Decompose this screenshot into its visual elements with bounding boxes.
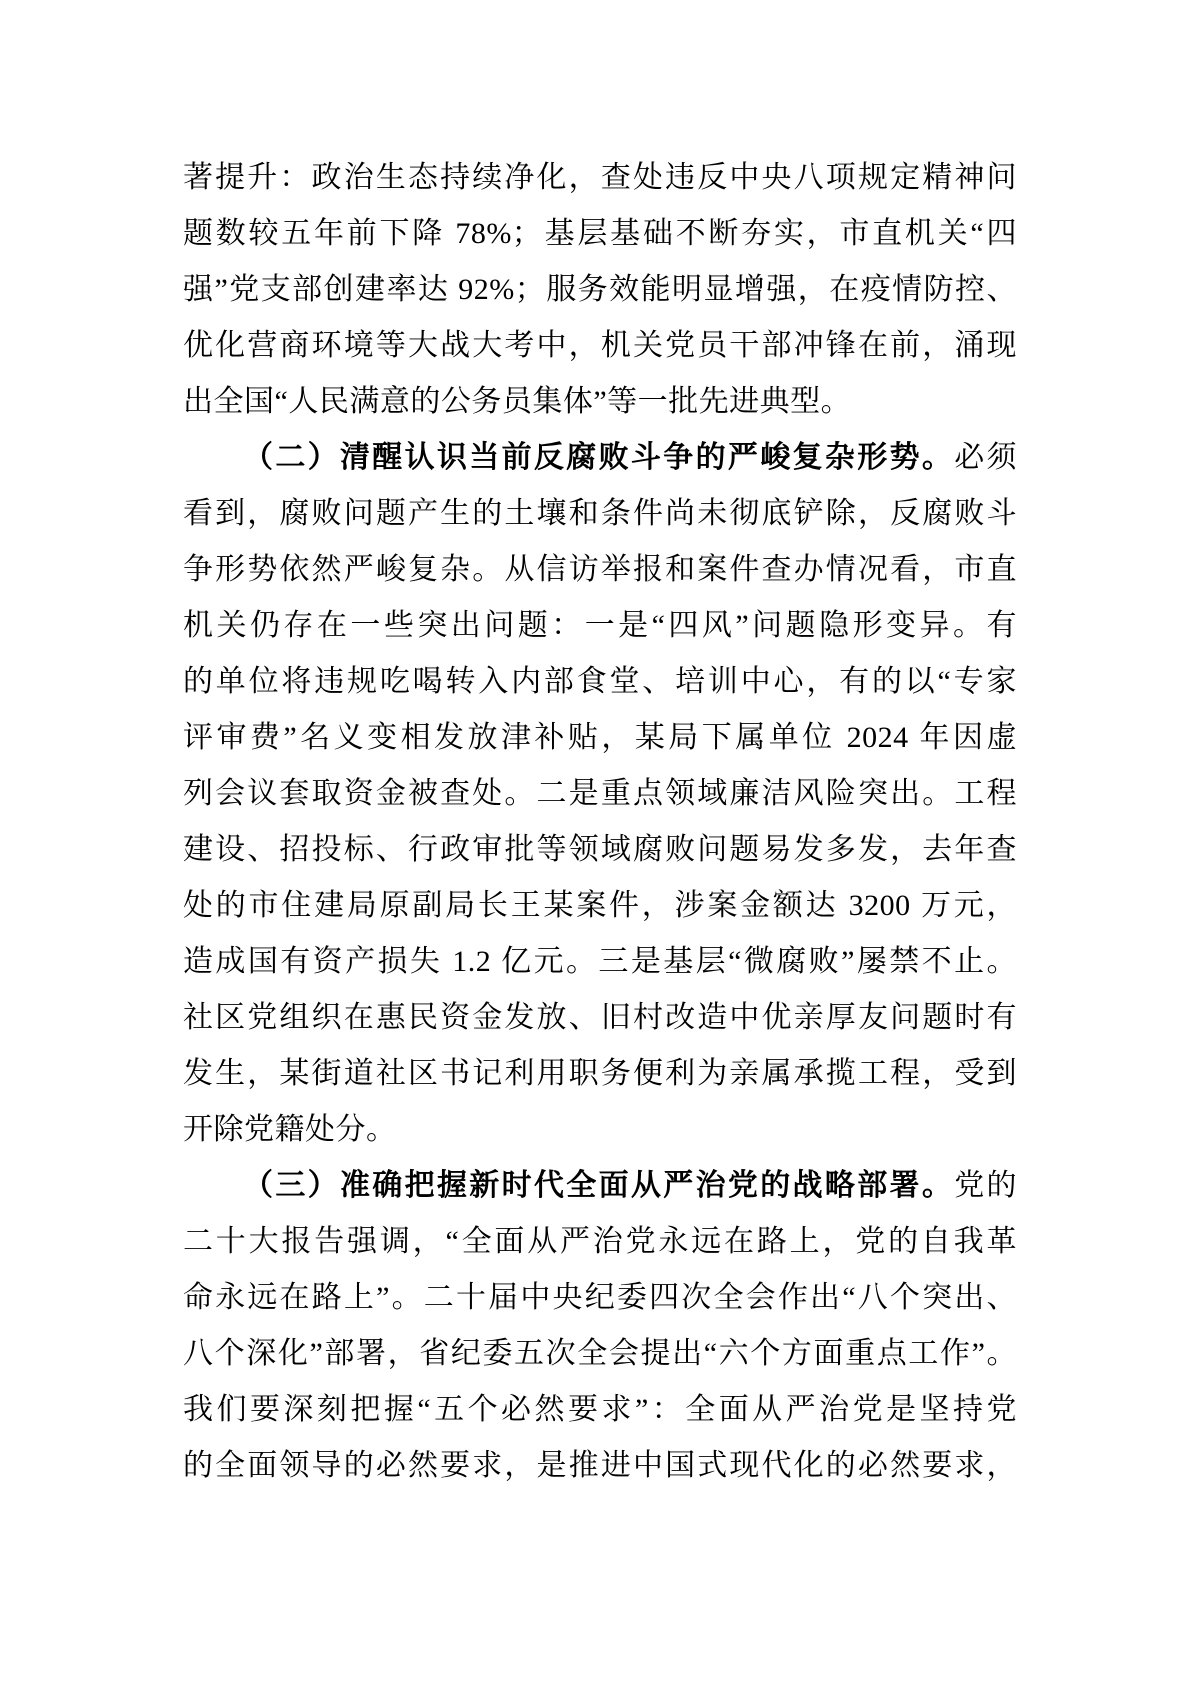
body-text: 开除党籍处分。 (183, 1113, 397, 1146)
body-text: 社区党组织在惠民资金发放、旧村改造中优亲厚友问题时有 (183, 1001, 1017, 1034)
body-text: 建设、招投标、行政审批等领域腐败问题易发多发，去年查 (183, 833, 1017, 866)
body-text: 强”党支部创建率达 92%；服务效能明显增强，在疫情防控、 (183, 273, 1017, 306)
text-line: 争形势依然严峻复杂。从信访举报和案件查办情况看，市直 (183, 542, 1017, 598)
text-line: 题数较五年前下降 78%；基层基础不断夯实，市直机关“四 (183, 206, 1017, 262)
body-text: 争形势依然严峻复杂。从信访举报和案件查办情况看，市直 (183, 553, 1017, 586)
text-line: 强”党支部创建率达 92%；服务效能明显增强，在疫情防控、 (183, 262, 1017, 318)
body-text: 发生，某街道社区书记利用职务便利为亲属承揽工程，受到 (183, 1057, 1017, 1090)
body-text: 二十大报告强调，“全面从严治党永远在路上，党的自我革 (183, 1225, 1017, 1258)
text-line: （二）清醒认识当前反腐败斗争的严峻复杂形势。必须 (183, 430, 1017, 486)
body-text: 出全国“人民满意的公务员集体”等一批先进典型。 (183, 385, 851, 418)
text-line: 列会议套取资金被查处。二是重点领域廉洁风险突出。工程 (183, 766, 1017, 822)
body-text: 造成国有资产损失 1.2 亿元。三是基层“微腐败”屡禁不止。 (183, 945, 1017, 978)
text-line: 我们要深刻把握“五个必然要求”：全面从严治党是坚持党 (183, 1382, 1017, 1438)
body-text: 的单位将违规吃喝转入内部食堂、培训中心，有的以“专家 (183, 665, 1017, 698)
text-line: 看到，腐败问题产生的土壤和条件尚未彻底铲除，反腐败斗 (183, 486, 1017, 542)
body-text: 著提升：政治生态持续净化，查处违反中央八项规定精神问 (183, 161, 1017, 194)
document-body: 著提升：政治生态持续净化，查处违反中央八项规定精神问题数较五年前下降 78%；基… (183, 150, 1017, 1494)
text-line: 命永远在路上”。二十届中央纪委四次全会作出“八个突出、 (183, 1270, 1017, 1326)
paragraph-lead-text: （三）准确把握新时代全面从严治党的战略部署。 (243, 1169, 954, 1202)
text-line: 开除党籍处分。 (183, 1102, 1017, 1158)
body-text: 的全面领导的必然要求，是推进中国式现代化的必然要求， (183, 1449, 1017, 1482)
text-line: 著提升：政治生态持续净化，查处违反中央八项规定精神问 (183, 150, 1017, 206)
body-text: 八个深化”部署，省纪委五次全会提出“六个方面重点工作”。 (183, 1337, 1017, 1370)
body-text: 列会议套取资金被查处。二是重点领域廉洁风险突出。工程 (183, 777, 1017, 810)
paragraph-lead-text: （二）清醒认识当前反腐败斗争的严峻复杂形势。 (243, 441, 954, 474)
text-line: 造成国有资产损失 1.2 亿元。三是基层“微腐败”屡禁不止。 (183, 934, 1017, 990)
text-line: 机关仍存在一些突出问题：一是“四风”问题隐形变异。有 (183, 598, 1017, 654)
text-line: 发生，某街道社区书记利用职务便利为亲属承揽工程，受到 (183, 1046, 1017, 1102)
body-text: 评审费”名义变相发放津补贴，某局下属单位 2024 年因虚 (183, 721, 1017, 754)
text-line: 评审费”名义变相发放津补贴，某局下属单位 2024 年因虚 (183, 710, 1017, 766)
body-text: 看到，腐败问题产生的土壤和条件尚未彻底铲除，反腐败斗 (183, 497, 1017, 530)
text-line: 八个深化”部署，省纪委五次全会提出“六个方面重点工作”。 (183, 1326, 1017, 1382)
body-text: 党的 (954, 1169, 1017, 1202)
text-line: 出全国“人民满意的公务员集体”等一批先进典型。 (183, 374, 1017, 430)
text-line: 的单位将违规吃喝转入内部食堂、培训中心，有的以“专家 (183, 654, 1017, 710)
body-text: 我们要深刻把握“五个必然要求”：全面从严治党是坚持党 (183, 1393, 1017, 1426)
text-line: 的全面领导的必然要求，是推进中国式现代化的必然要求， (183, 1438, 1017, 1494)
text-line: （三）准确把握新时代全面从严治党的战略部署。党的 (183, 1158, 1017, 1214)
body-text: 必须 (954, 441, 1017, 474)
text-line: 二十大报告强调，“全面从严治党永远在路上，党的自我革 (183, 1214, 1017, 1270)
text-line: 建设、招投标、行政审批等领域腐败问题易发多发，去年查 (183, 822, 1017, 878)
document-page: 著提升：政治生态持续净化，查处违反中央八项规定精神问题数较五年前下降 78%；基… (0, 0, 1190, 1683)
text-line: 优化营商环境等大战大考中，机关党员干部冲锋在前，涌现 (183, 318, 1017, 374)
body-text: 命永远在路上”。二十届中央纪委四次全会作出“八个突出、 (183, 1281, 1017, 1314)
body-text: 处的市住建局原副局长王某案件，涉案金额达 3200 万元， (183, 889, 1017, 922)
body-text: 题数较五年前下降 78%；基层基础不断夯实，市直机关“四 (183, 217, 1017, 250)
text-line: 处的市住建局原副局长王某案件，涉案金额达 3200 万元， (183, 878, 1017, 934)
text-line: 社区党组织在惠民资金发放、旧村改造中优亲厚友问题时有 (183, 990, 1017, 1046)
body-text: 优化营商环境等大战大考中，机关党员干部冲锋在前，涌现 (183, 329, 1017, 362)
body-text: 机关仍存在一些突出问题：一是“四风”问题隐形变异。有 (183, 609, 1017, 642)
